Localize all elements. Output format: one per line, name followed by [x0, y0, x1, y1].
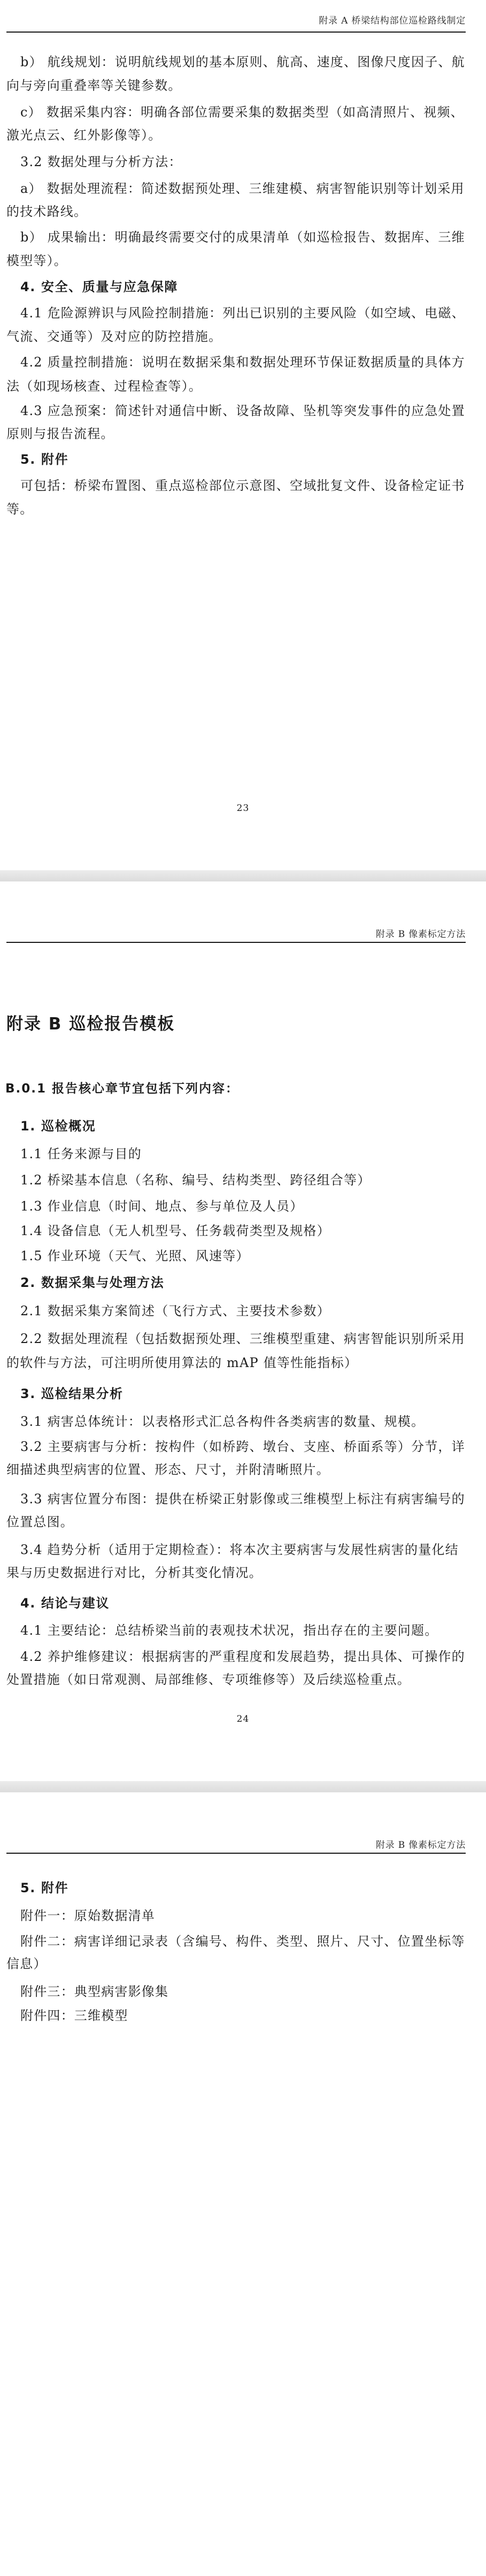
appendix-title: 附录 B 巡检报告模板 [6, 1016, 175, 1033]
clause-heading: B.0.1 报告核心章节宜包括下列内容： [5, 1083, 239, 1095]
page-2: 附录 B 像素标定方法 附录 B 巡检报告模板 B.0.1 报告核心章节宜包括下… [0, 881, 486, 1781]
paragraph-line: b） 成果输出：明确最终需要交付的成果清单（如巡检报告、数据库、三维 [20, 231, 465, 244]
paragraph-line: 3.2 数据处理与分析方法： [20, 155, 182, 168]
paragraph-line: 2.2 数据处理流程（包括数据预处理、三维模型重建、病害智能识别所采用 [20, 1332, 465, 1345]
paragraph-line: c） 数据采集内容：明确各部位需要采集的数据类型（如高清照片、视频、 [20, 106, 464, 119]
header-rule [6, 1853, 466, 1854]
section-heading: 3. 巡检结果分析 [20, 1387, 124, 1400]
paragraph-line: 1.1 任务来源与目的 [20, 1148, 142, 1160]
paragraph-line: 的技术路线。 [6, 205, 87, 218]
paragraph-line: 等。 [6, 503, 33, 516]
page-separator [0, 870, 486, 881]
paragraph-line: 处置措施（如日常观测、局部维修、专项维修等）及后续巡检重点。 [6, 1673, 411, 1686]
section-heading: 2. 数据采集与处理方法 [20, 1276, 164, 1289]
section-heading: 1. 巡检概况 [20, 1120, 96, 1133]
paragraph-line: 3.1 病害总体统计：以表格形式汇总各构件各类病害的数量、规模。 [20, 1415, 425, 1428]
paragraph-line: 4.2 质量控制措施：说明在数据采集和数据处理环节保证数据质量的具体方 [20, 356, 465, 369]
section-heading: 4. 结论与建议 [20, 1597, 110, 1610]
paragraph-line: 可包括：桥梁布置图、重点巡检部位示意图、空域批复文件、设备检定证书 [20, 479, 465, 492]
paragraph-line: b） 航线规划：说明航线规划的基本原则、航高、速度、图像尺度因子、航 [20, 56, 465, 68]
paragraph-line: 3.2 主要病害与分析：按构件（如桥跨、墩台、支座、桥面系等）分节，详 [20, 1440, 465, 1453]
paragraph-line: 4.3 应急预案：简述针对通信中断、设备故障、坠机等突发事件的应急处置 [20, 404, 465, 417]
paragraph-line: 激光点云、红外影像等）。 [6, 129, 161, 142]
page-number: 23 [0, 804, 486, 813]
running-header: 附录 B 像素标定方法 [376, 930, 466, 939]
document-viewer: 附录 A 桥梁结构部位巡检路线制定 b） 航线规划：说明航线规划的基本原则、航高… [0, 0, 486, 2576]
paragraph-line: 原则与报告流程。 [6, 427, 114, 440]
paragraph-line: 的软件与方法，可注明所使用算法的 mAP 值等性能指标） [6, 1356, 358, 1369]
paragraph-line: a） 数据处理流程：简述数据预处理、三维建模、病害智能识别等计划采用 [20, 182, 465, 195]
paragraph-line: 附件一：原始数据清单 [20, 1909, 155, 1922]
page-3: 附录 B 像素标定方法 5. 附件 附件一：原始数据清单 附件二：病害详细记录表… [0, 1792, 486, 2576]
paragraph-line: 附件三：典型病害影像集 [20, 1985, 168, 1998]
section-heading: 4. 安全、质量与应急保障 [20, 280, 178, 293]
paragraph-line: 附件二：病害详细记录表（含编号、构件、类型、照片、尺寸、位置坐标等 [20, 1935, 465, 1948]
paragraph-line: 3.3 病害位置分布图：提供在桥梁正射影像或三维模型上标注有病害编号的 [20, 1493, 465, 1505]
paragraph-line: 法（如现场核查、过程检查等）。 [6, 380, 202, 393]
page-separator [0, 1781, 486, 1792]
section-heading: 5. 附件 [20, 453, 68, 466]
paragraph-line: 4.2 养护维修建议：根据病害的严重程度和发展趋势，提出具体、可操作的 [20, 1650, 465, 1663]
paragraph-line: 1.3 作业信息（时间、地点、参与单位及人员） [20, 1200, 303, 1213]
header-rule [6, 942, 466, 943]
paragraph-line: 4.1 主要结论：总结桥梁当前的表观技术状况，指出存在的主要问题。 [20, 1624, 438, 1637]
paragraph-line: 果与历史数据进行对比，分析其变化情况。 [6, 1566, 263, 1579]
paragraph-line: 1.4 设备信息（无人机型号、任务载荷类型及规格） [20, 1224, 330, 1237]
paragraph-line: 细描述典型病害的位置、形态、尺寸，并附清晰照片。 [6, 1463, 330, 1476]
paragraph-line: 4.1 危险源辨识与风险控制措施：列出已识别的主要风险（如空域、电磁、 [20, 307, 465, 319]
paragraph-line: 1.2 桥梁基本信息（名称、编号、结构类型、跨径组合等） [20, 1174, 371, 1186]
paragraph-line: 附件四：三维模型 [20, 2009, 128, 2022]
paragraph-line: 位置总图。 [6, 1516, 74, 1528]
paragraph-line: 模型等）。 [6, 254, 67, 267]
running-header: 附录 B 像素标定方法 [376, 1841, 466, 1850]
paragraph-line: 气流、交通等）及对应的防控措施。 [6, 330, 222, 343]
running-header: 附录 A 桥梁结构部位巡检路线制定 [319, 17, 466, 26]
section-heading: 5. 附件 [20, 1882, 68, 1894]
paragraph-line: 2.1 数据采集方案简述（飞行方式、主要技术参数） [20, 1305, 330, 1317]
page-1: 附录 A 桥梁结构部位巡检路线制定 b） 航线规划：说明航线规划的基本原则、航高… [0, 0, 486, 870]
paragraph-line: 3.4 趋势分析（适用于定期检查）：将本次主要病害与发展性病害的量化结 [20, 1543, 459, 1556]
paragraph-line: 信息） [6, 1957, 47, 1970]
paragraph-line: 1.5 作业环境（天气、光照、风速等） [20, 1250, 250, 1262]
paragraph-line: 向与旁向重叠率等关键参数。 [6, 79, 182, 92]
header-rule [6, 32, 466, 33]
page-number: 24 [0, 1715, 486, 1724]
